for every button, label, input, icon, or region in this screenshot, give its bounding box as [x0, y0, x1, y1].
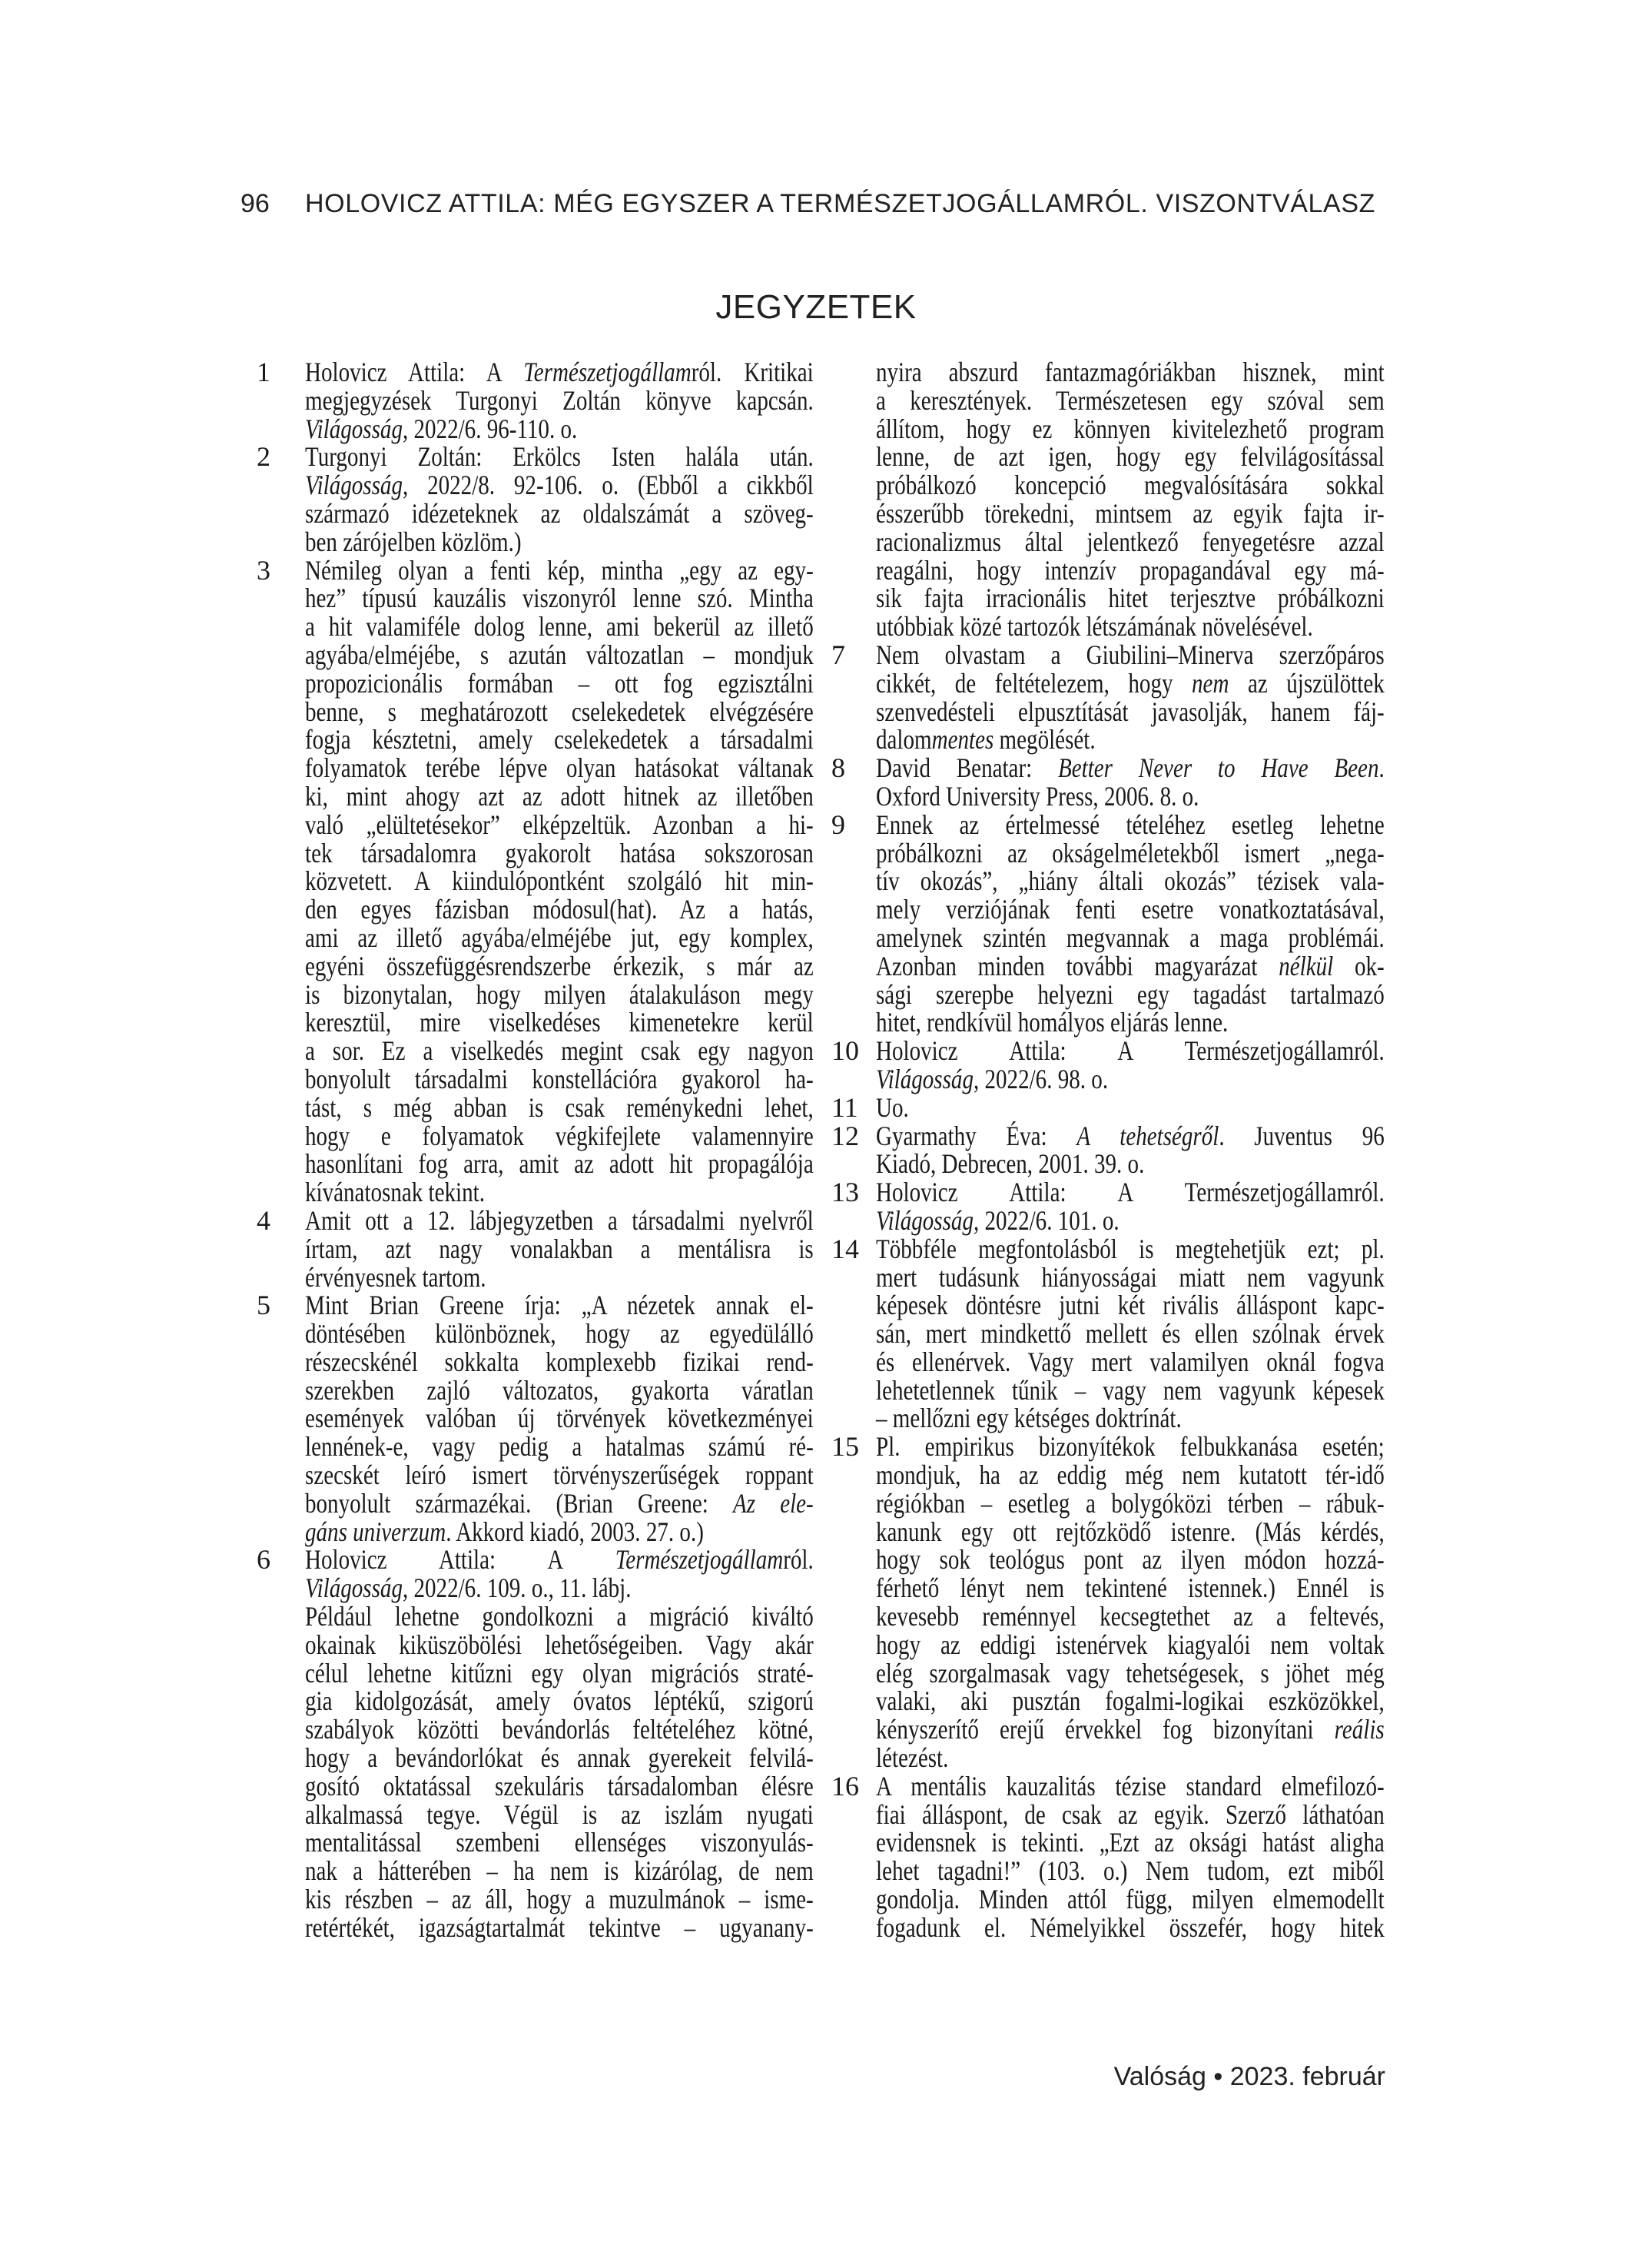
footnote-number: 12: [831, 1122, 859, 1151]
footnote-text: Némileg olyan a fenti kép, mintha „egy a…: [305, 556, 814, 1207]
text-line: Holovicz Attila: A Természetjogállamról.: [876, 1037, 1385, 1065]
text-line: ki, mint ahogy azt az adott hitnek az il…: [305, 782, 814, 811]
text-line: döntésében különböznek, hogy az egyedülá…: [305, 1320, 814, 1348]
footnote: 13Holovicz Attila: A Természetjogállamró…: [824, 1178, 1385, 1235]
text-line: származó idézeteknek az oldalszámát a sz…: [305, 500, 814, 528]
text-line: mely verziójának fenti esetre vonatkozta…: [876, 895, 1385, 924]
footnote-text: Turgonyi Zoltán: Erkölcs Isten halála ut…: [305, 443, 814, 556]
text-line: evidensnek is tekinti. „Ezt az oksági ha…: [876, 1828, 1385, 1857]
text-line: Világosság, 2022/8. 92-106. o. (Ebből a …: [305, 471, 814, 500]
text-line: nyira abszurd fantazmagóriákban hisznek,…: [876, 358, 1385, 387]
footnote-text: Amit ott a 12. lábjegyzetben a társadalm…: [305, 1207, 814, 1291]
text-line: reagálni, hogy intenzív propagandával eg…: [876, 556, 1385, 585]
text-line: is bizonytalan, hogy milyen átalakuláson…: [305, 981, 814, 1009]
text-line: kényszerítő erejű érvekkel fog bizonyíta…: [876, 1715, 1385, 1744]
footnote-number: 15: [831, 1433, 859, 1461]
footnote-text: Mint Brian Greene írja: „A nézetek annak…: [305, 1291, 814, 1546]
text-line: Világosság, 2022/6. 101. o.: [876, 1207, 1385, 1235]
text-line: David Benatar: Better Never to Have Been…: [876, 754, 1385, 782]
text-line: racionalizmus által jelentkező fenyegeté…: [876, 528, 1385, 556]
text-line: hez” típusú kauzális viszonyról lenne sz…: [305, 584, 814, 613]
text-line: Ennek az értelmessé tételéhez esetleg le…: [876, 811, 1385, 839]
text-line: érvényesnek tartom.: [305, 1264, 814, 1292]
text-line: tek társadalomra gyakorolt hatása sokszo…: [305, 839, 814, 868]
text-line: Nem olvastam a Giubilini–Minerva szerzőp…: [876, 641, 1385, 669]
text-line: mondjuk, ha az eddig még nem kutatott té…: [876, 1461, 1385, 1489]
text-line: ésszerűbb törekedni, mintsem az egyik fa…: [876, 500, 1385, 528]
text-line: Holovicz Attila: A Természetjogállamról.…: [305, 358, 814, 387]
text-line: lenne, de azt igen, hogy egy felvilágosí…: [876, 443, 1385, 471]
text-line: szenvedésteli elpusztítását javasolják, …: [876, 698, 1385, 726]
text-line: Gyarmathy Éva: A tehetségről. Juventus 9…: [876, 1122, 1385, 1151]
text-line: célul lehetne kitűzni egy olyan migráció…: [305, 1659, 814, 1688]
footnote-text: Ennek az értelmessé tételéhez esetleg le…: [876, 811, 1385, 1037]
text-line: gia kidolgozását, amely óvatos léptékű, …: [305, 1687, 814, 1715]
text-line: férhető lényt nem tekintené istennek.) E…: [876, 1574, 1385, 1602]
footnote: 15Pl. empirikus bizonyítékok felbukkanás…: [824, 1433, 1385, 1772]
text-line: hogy e folyamatok végkifejlete valamenny…: [305, 1122, 814, 1151]
footnote: 12Gyarmathy Éva: A tehetségről. Juventus…: [824, 1122, 1385, 1179]
text-line: hogy az eddigi istenérvek kiagyalói nem …: [876, 1631, 1385, 1659]
text-line: Turgonyi Zoltán: Erkölcs Isten halála ut…: [305, 443, 814, 471]
text-line: gosító oktatással szekuláris társadalomb…: [305, 1772, 814, 1801]
text-line: kis részben – az áll, hogy a muzulmánok …: [305, 1885, 814, 1914]
footnote: nyira abszurd fantazmagóriákban hisznek,…: [824, 358, 1385, 641]
text-line: régiókban – esetleg a bolygóközi térben …: [876, 1489, 1385, 1518]
footnote-number: 5: [257, 1291, 270, 1320]
text-line: képesek döntésre jutni két rivális állás…: [876, 1291, 1385, 1320]
text-line: alkalmassá tegye. Végül is az iszlám nyu…: [305, 1801, 814, 1829]
text-line: mentalitással szembeni ellenséges viszon…: [305, 1828, 814, 1857]
text-line: és ellenérvek. Vagy mert valamilyen okná…: [876, 1348, 1385, 1376]
text-line: Többféle megfontolásból is megtehetjük e…: [876, 1235, 1385, 1264]
notes-column-left: 1 Holovicz Attila: A Természetjogállamró…: [254, 358, 814, 1942]
text-line: fogja késztetni, amely cselekedetek a tá…: [305, 726, 814, 754]
footnote-number: 14: [831, 1235, 859, 1264]
text-line: valaki, aki pusztán fogalmi-logikai eszk…: [876, 1687, 1385, 1715]
footnote-text: nyira abszurd fantazmagóriákban hisznek,…: [876, 358, 1385, 641]
text-line: keresztül, mire viselkedéses kimenetekre…: [305, 1008, 814, 1037]
page-number: 96: [240, 187, 270, 221]
text-line: A mentális kauzalitás tézise standard el…: [876, 1772, 1385, 1801]
footnote-number: 4: [257, 1207, 270, 1235]
footnote: 6Holovicz Attila: A Természetjogállamról…: [254, 1546, 814, 1941]
running-header: 96 HOLOVICZ ATTILA: MÉG EGYSZER A TERMÉS…: [240, 187, 1385, 221]
footnote: 3Némileg olyan a fenti kép, mintha „egy …: [254, 556, 814, 1207]
footnote: 4Amit ott a 12. lábjegyzetben a társadal…: [254, 1207, 814, 1291]
text-line: létezést.: [876, 1744, 1385, 1772]
text-line: lennének-e, vagy pedig a hatalmas számú …: [305, 1433, 814, 1461]
footnote: 2Turgonyi Zoltán: Erkölcs Isten halála u…: [254, 443, 814, 556]
text-line: Amit ott a 12. lábjegyzetben a társadalm…: [305, 1207, 814, 1235]
footnote-text: A mentális kauzalitás tézise standard el…: [876, 1772, 1385, 1942]
text-line: fiai álláspont, de csak az egyik. Szerző…: [876, 1801, 1385, 1829]
text-line: tást, s még abban is csak reménykedni le…: [305, 1094, 814, 1122]
text-line: – mellőzni egy kétséges doktrínát.: [876, 1404, 1385, 1433]
text-line: szecskét leíró ismert törvényszerűségek …: [305, 1461, 814, 1489]
text-line: Világosság, 2022/6. 98. o.: [876, 1065, 1385, 1094]
text-line: Holovicz Attila: A Természetjogállamról.: [305, 1546, 814, 1574]
footnote-number: 7: [831, 641, 845, 669]
text-line: hitet, rendkívül homályos eljárás lenne.: [876, 1008, 1385, 1037]
footnote-text: Holovicz Attila: A Természetjogállamról.…: [876, 1178, 1385, 1235]
text-line: kanunk egy ott rejtőzködő istenre. (Más …: [876, 1518, 1385, 1546]
text-line: benne, s meghatározott cselekedetek elvé…: [305, 698, 814, 726]
footnote-number: 13: [831, 1178, 859, 1207]
text-line: Némileg olyan a fenti kép, mintha „egy a…: [305, 556, 814, 585]
text-line: ben zárójelben közlöm.): [305, 528, 814, 556]
text-line: folyamatok terébe lépve olyan hatásokat …: [305, 754, 814, 782]
text-line: egyéni összefüggésrendszerbe érkezik, s …: [305, 952, 814, 981]
journal-footer: Valóság • 2023. február: [999, 2060, 1385, 2094]
text-line: fogadunk el. Némelyikkel összefér, hogy …: [876, 1914, 1385, 1942]
text-line: Kiadó, Debrecen, 2001. 39. o.: [876, 1150, 1385, 1178]
footnote: 7Nem olvastam a Giubilini–Minerva szerző…: [824, 641, 1385, 754]
text-line: Mint Brian Greene írja: „A nézetek annak…: [305, 1291, 814, 1320]
text-line: ami az illető agyába/elméjébe jut, egy k…: [305, 924, 814, 952]
text-line: Oxford University Press, 2006. 8. o.: [876, 782, 1385, 811]
footnote-text: Gyarmathy Éva: A tehetségről. Juventus 9…: [876, 1122, 1385, 1179]
text-line: Pl. empirikus bizonyítékok felbukkanása …: [876, 1433, 1385, 1461]
text-line: sik fajta irracionális hitet terjesztve …: [876, 584, 1385, 613]
footnote-text: Uo.: [876, 1094, 1385, 1122]
running-title: HOLOVICZ ATTILA: MÉG EGYSZER A TERMÉSZET…: [305, 187, 1375, 221]
text-line: megjegyzések Turgonyi Zoltán könyve kapc…: [305, 387, 814, 415]
text-line: Világosság, 2022/6. 96-110. o.: [305, 415, 814, 443]
text-line: közvetett. A kiindulópontként szolgáló h…: [305, 867, 814, 895]
text-line: próbálkozni az okságelméletekből ismert …: [876, 839, 1385, 868]
footnote: 10Holovicz Attila: A Természetjogállamró…: [824, 1037, 1385, 1094]
footnote-number: 9: [831, 811, 845, 839]
text-line: retértékét, igazságtartalmát tekintve – …: [305, 1914, 814, 1942]
text-line: agyába/elméjébe, s azután változatlan – …: [305, 641, 814, 669]
footnote-number: 1: [257, 358, 270, 387]
text-line: írtam, azt nagy vonalakban a mentálisra …: [305, 1235, 814, 1264]
text-line: bonyolult származékai. (Brian Greene: Az…: [305, 1489, 814, 1518]
text-line: hogy sok teológus pont az ilyen módon ho…: [876, 1546, 1385, 1574]
text-line: Uo.: [876, 1094, 1385, 1122]
footnote-number: 16: [831, 1772, 859, 1801]
text-line: gáns univerzum. Akkord kiadó, 2003. 27. …: [305, 1518, 814, 1546]
text-line: a hit valamiféle dolog lenne, ami bekerü…: [305, 613, 814, 641]
footnote-number: 10: [831, 1037, 859, 1065]
footnote-number: 3: [257, 556, 270, 585]
footnote-number: 8: [831, 754, 845, 782]
footnote-number: 11: [831, 1094, 858, 1122]
footnote: 1 Holovicz Attila: A Természetjogállamró…: [254, 358, 814, 443]
text-line: mert tudásunk hiányosságai miatt nem vag…: [876, 1264, 1385, 1292]
notes-column-right: nyira abszurd fantazmagóriákban hisznek,…: [824, 358, 1385, 1942]
footnote-text: Pl. empirikus bizonyítékok felbukkanása …: [876, 1433, 1385, 1772]
footnote-text: David Benatar: Better Never to Have Been…: [876, 754, 1385, 811]
text-line: szabályok közötti bevándorlás feltételéh…: [305, 1715, 814, 1744]
text-line: lehetetlennek tűnik – vagy nem vagyunk k…: [876, 1376, 1385, 1405]
text-line: kevesebb reménnyel kecsegtethet az a fel…: [876, 1602, 1385, 1631]
footnote-number: 2: [257, 443, 270, 471]
text-line: okainak kiküszöbölési lehetőségeiben. Va…: [305, 1631, 814, 1659]
text-line: Például lehetne gondolkozni a migráció k…: [305, 1602, 814, 1631]
text-line: állítom, hogy ez könnyen kivitelezhető p…: [876, 415, 1385, 443]
text-line: lehet tagadni!” (103. o.) Nem tudom, ezt…: [876, 1857, 1385, 1885]
text-line: próbálkozó koncepció megvalósítására sok…: [876, 471, 1385, 500]
text-line: hasonlítani fog arra, amit az adott hit …: [305, 1150, 814, 1178]
text-line: a keresztények. Természetesen egy szóval…: [876, 387, 1385, 415]
footnote: 5Mint Brian Greene írja: „A nézetek anna…: [254, 1291, 814, 1546]
text-line: utóbbiak közé tartozók létszámának növel…: [876, 613, 1385, 641]
footnote-number: 6: [257, 1546, 270, 1574]
footnote-text: Holovicz Attila: A Természetjogállamról.…: [876, 1037, 1385, 1094]
footnote: 9Ennek az értelmessé tételéhez esetleg l…: [824, 811, 1385, 1037]
text-line: nak a hátterében – ha nem is kizárólag, …: [305, 1857, 814, 1885]
text-line: a sor. Ez a viselkedés megint csak egy n…: [305, 1037, 814, 1065]
text-line: szerekben zajló változatos, gyakorta vár…: [305, 1376, 814, 1405]
text-line: den egyes fázisban módosul(hat). Az a ha…: [305, 895, 814, 924]
footnote-text: Holovicz Attila: A Természetjogállamról.…: [305, 358, 814, 443]
text-line: amelynek szintén megvannak a maga problé…: [876, 924, 1385, 952]
text-line: Holovicz Attila: A Természetjogállamról.: [876, 1178, 1385, 1207]
text-line: hogy a bevándorlókat és annak gyerekeit …: [305, 1744, 814, 1772]
text-line: kívánatosnak tekint.: [305, 1178, 814, 1207]
text-line: események valóban új törvények következm…: [305, 1404, 814, 1433]
text-line: elég szorgalmasak vagy tehetségesek, s j…: [876, 1659, 1385, 1688]
text-line: propozicionális formában – ott fog egzis…: [305, 669, 814, 698]
text-line: Azonban minden további magyarázat nélkül…: [876, 952, 1385, 981]
text-line: dalommentes megölését.: [876, 726, 1385, 754]
footnote-text: Nem olvastam a Giubilini–Minerva szerzőp…: [876, 641, 1385, 754]
text-line: sán, mert mindkettő mellett és ellen szó…: [876, 1320, 1385, 1348]
text-line: Világosság, 2022/6. 109. o., 11. lábj.: [305, 1574, 814, 1602]
text-line: való „elültetésekor” elképzeltük. Azonba…: [305, 811, 814, 839]
text-line: cikkét, de feltételezem, hogy nem az újs…: [876, 669, 1385, 698]
text-line: sági szerepbe helyezni egy tagadást tart…: [876, 981, 1385, 1009]
section-title: JEGYZETEK: [0, 286, 1632, 329]
text-line: részecskénél sokkalta komplexebb fizikai…: [305, 1348, 814, 1376]
text-line: gondolja. Minden attól függ, milyen elme…: [876, 1885, 1385, 1914]
footnote-text: Holovicz Attila: A Természetjogállamról.…: [305, 1546, 814, 1941]
footnote: 14Többféle megfontolásból is megtehetjük…: [824, 1235, 1385, 1433]
footnote: 11Uo.: [824, 1094, 1385, 1122]
footnote: 16A mentális kauzalitás tézise standard …: [824, 1772, 1385, 1942]
footnote-text: Többféle megfontolásból is megtehetjük e…: [876, 1235, 1385, 1433]
text-line: tív okozás”, „hiány általi okozás” tézis…: [876, 867, 1385, 895]
footnote: 8David Benatar: Better Never to Have Bee…: [824, 754, 1385, 811]
text-line: bonyolult társadalmi konstellációra gyak…: [305, 1065, 814, 1094]
